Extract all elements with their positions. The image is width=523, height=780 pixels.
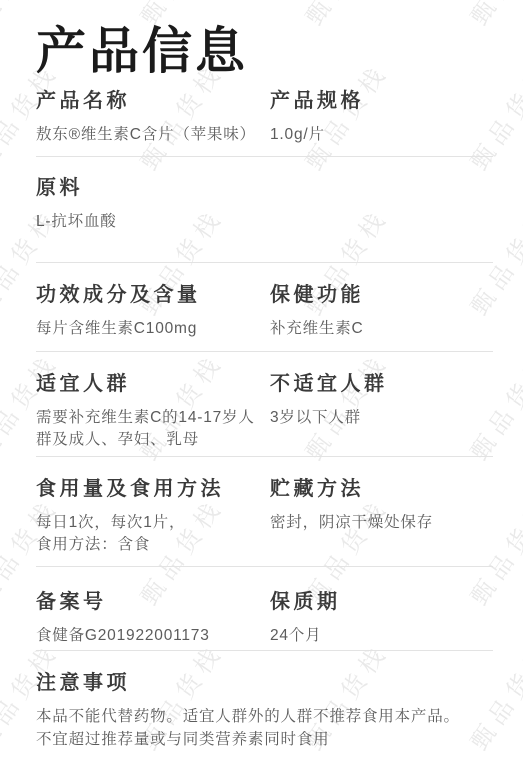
field-value: 3岁以下人群 [270, 407, 493, 430]
field-label: 保质期 [270, 590, 493, 614]
section-registration-shelf: 备案号 食健备G201922001173 保质期 24个月 [36, 567, 493, 652]
product-info-content: 产品信息 产品名称 敖东®维生素C含片（苹果味） 产品规格 1.0g/片 原料 … [0, 0, 523, 757]
field-value: 密封，阴凉干燥处保存 [270, 512, 493, 535]
field-suitable-crowd: 适宜人群 需要补充维生素C的14-17岁人群及成人、孕妇、乳母 [36, 372, 270, 452]
field-value: 24个月 [270, 625, 493, 648]
section-name-spec: 产品名称 敖东®维生素C含片（苹果味） 产品规格 1.0g/片 [36, 79, 493, 157]
field-label: 备案号 [36, 590, 270, 614]
field-value: 敖东®维生素C含片（苹果味） [36, 124, 270, 147]
page-title: 产品信息 [36, 0, 493, 79]
section-ingredient-function: 功效成分及含量 每片含维生素C100mg 保健功能 补充维生素C [36, 263, 493, 352]
field-unsuitable-crowd: 不适宜人群 3岁以下人群 [270, 372, 493, 452]
field-value: 每日1次，每次1片， 食用方法：含食 [36, 512, 270, 557]
field-value: 1.0g/片 [270, 124, 493, 147]
field-storage-method: 贮藏方法 密封，阴凉干燥处保存 [270, 477, 493, 557]
field-label: 不适宜人群 [270, 372, 493, 396]
field-value: 补充维生素C [270, 318, 493, 341]
section-precautions: 注意事项 本品不能代替药物。适宜人群外的人群不推荐食用本产品。 不宜超过推荐量或… [36, 651, 493, 757]
field-value: 需要补充维生素C的14-17岁人群及成人、孕妇、乳母 [36, 407, 270, 452]
field-product-name: 产品名称 敖东®维生素C含片（苹果味） [36, 89, 270, 147]
field-value: L-抗坏血酸 [36, 211, 493, 234]
field-label: 功效成分及含量 [36, 283, 270, 307]
field-label: 产品规格 [270, 89, 493, 113]
field-precautions: 注意事项 本品不能代替药物。适宜人群外的人群不推荐食用本产品。 不宜超过推荐量或… [36, 671, 493, 751]
field-registration-number: 备案号 食健备G201922001173 [36, 590, 270, 648]
field-raw-material: 原料 L-抗坏血酸 [36, 176, 493, 234]
field-label: 食用量及食用方法 [36, 477, 270, 501]
field-label: 产品名称 [36, 89, 270, 113]
field-label: 保健功能 [270, 283, 493, 307]
field-health-function: 保健功能 补充维生素C [270, 283, 493, 341]
field-active-ingredient: 功效成分及含量 每片含维生素C100mg [36, 283, 270, 341]
field-value: 食健备G201922001173 [36, 625, 270, 648]
field-label: 注意事项 [36, 671, 493, 695]
field-label: 原料 [36, 176, 493, 200]
field-label: 贮藏方法 [270, 477, 493, 501]
section-usage-storage: 食用量及食用方法 每日1次，每次1片， 食用方法：含食 贮藏方法 密封，阴凉干燥… [36, 457, 493, 567]
field-usage-method: 食用量及食用方法 每日1次，每次1片， 食用方法：含食 [36, 477, 270, 557]
field-label: 适宜人群 [36, 372, 270, 396]
field-shelf-life: 保质期 24个月 [270, 590, 493, 648]
section-suitable-crowd: 适宜人群 需要补充维生素C的14-17岁人群及成人、孕妇、乳母 不适宜人群 3岁… [36, 352, 493, 457]
field-value: 本品不能代替药物。适宜人群外的人群不推荐食用本产品。 不宜超过推荐量或与同类营养… [36, 706, 493, 751]
field-product-spec: 产品规格 1.0g/片 [270, 89, 493, 147]
field-value: 每片含维生素C100mg [36, 318, 270, 341]
product-info-page: 甄品货栈甄品货栈甄品货栈甄品货栈甄品货栈甄品货栈甄品货栈甄品货栈甄品货栈甄品货栈… [0, 0, 523, 780]
section-raw-material: 原料 L-抗坏血酸 [36, 157, 493, 264]
